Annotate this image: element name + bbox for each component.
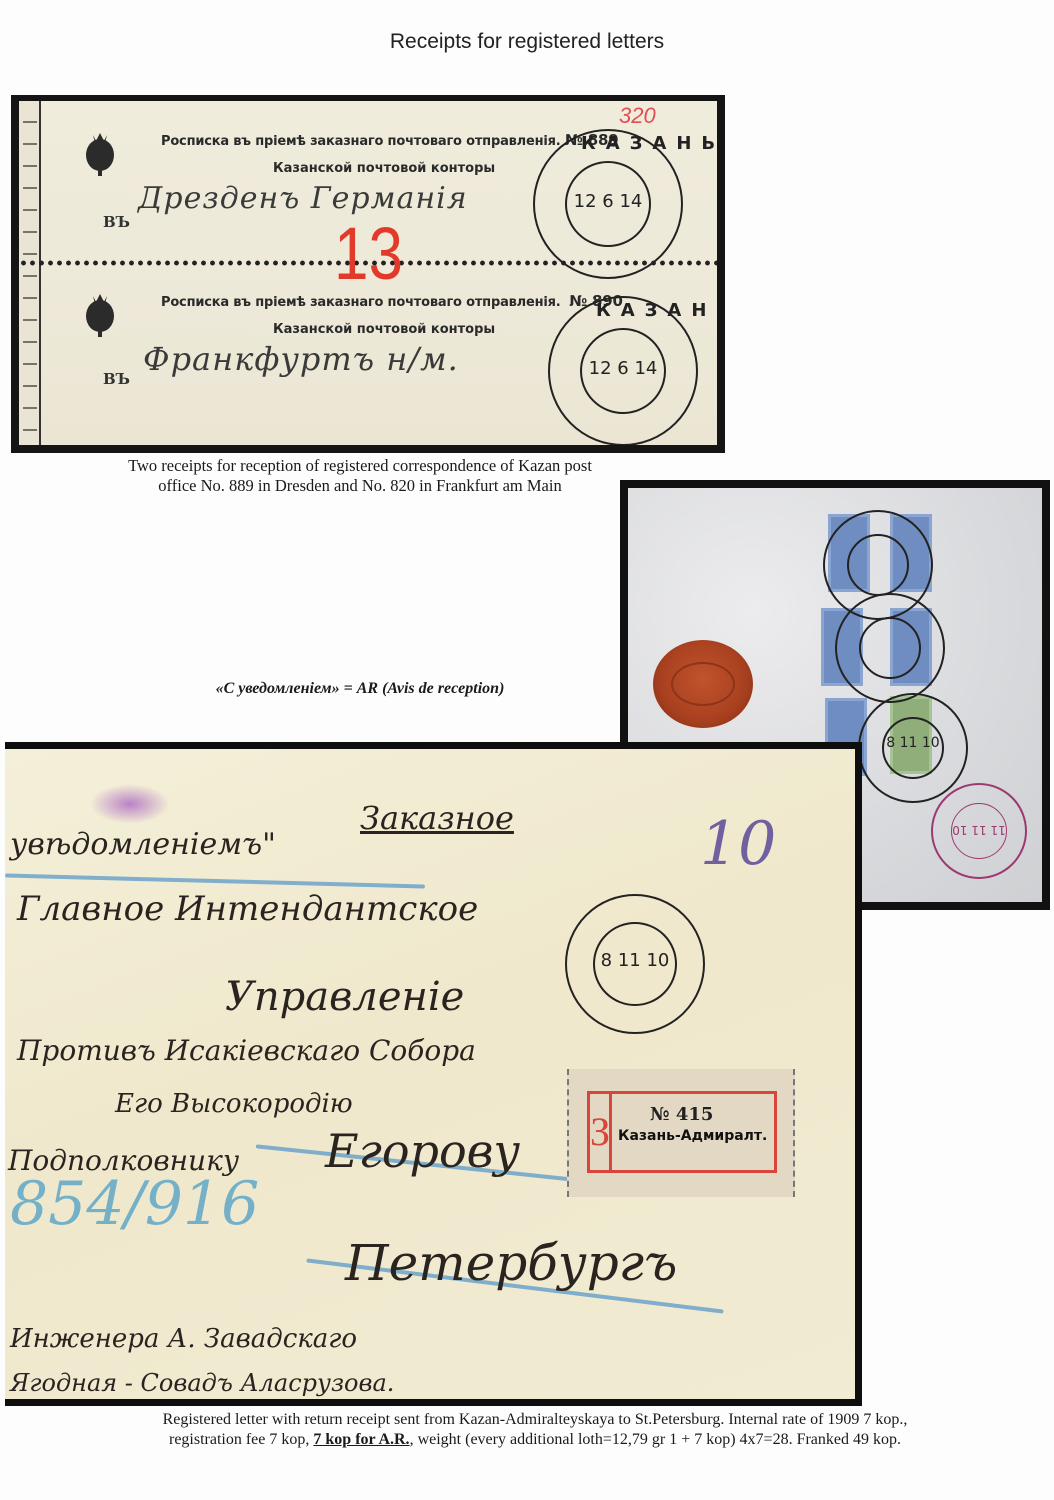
cover-caption-line2: registration fee 7 kop, 7 kop for A.R., … bbox=[40, 1430, 1030, 1450]
postmark-date: 8 11 10 bbox=[567, 950, 703, 971]
postmark-date: 12 6 14 bbox=[535, 191, 681, 212]
receipt-stub-edge bbox=[19, 101, 41, 445]
caption-text: registration fee 7 kop, bbox=[169, 1431, 313, 1448]
violet-smudge bbox=[90, 784, 170, 824]
cover-front-paper: увѣдомленіемъ" Заказное Главное Интендан… bbox=[5, 749, 855, 1399]
receipt-office: Казанской почтовой конторы bbox=[273, 322, 495, 337]
handwriting-uvedomleniem: увѣдомленіемъ" bbox=[10, 827, 276, 862]
registration-label-frame: З № 415 Казань-Адмиралт. bbox=[587, 1091, 777, 1173]
handwriting-glavnoe: Главное Интендантское bbox=[17, 889, 478, 929]
receipt-header-text: Росписка въ пріемѣ заказнаго почтоваго о… bbox=[161, 134, 561, 149]
receipt-header-text: Росписка въ пріемѣ заказнаго почтоваго о… bbox=[161, 295, 561, 310]
blue-crayon-stroke bbox=[5, 874, 425, 889]
receipt-destination: Дрезденъ Германія bbox=[138, 181, 468, 216]
arrival-postmark: 11 11 10 bbox=[931, 783, 1027, 879]
handwriting-peterburg: Петербургъ bbox=[345, 1234, 677, 1292]
postmark-town: КАЗАНЬ bbox=[581, 133, 717, 154]
handwriting-yagodnaya: Ягодная - Совадъ Аласрузова. bbox=[10, 1369, 394, 1397]
receipts-caption-line1: Two receipts for reception of registered… bbox=[60, 456, 660, 476]
ar-note: «С уведомленіем» = AR (Avis de reception… bbox=[160, 680, 560, 698]
stub-ticks bbox=[23, 111, 37, 441]
receipt-header: Росписка въ пріемѣ заказнаго почтоваго о… bbox=[161, 131, 618, 149]
admiralt-postmark: 8 11 10 bbox=[565, 894, 705, 1034]
double-headed-eagle-icon bbox=[83, 290, 117, 338]
cover-caption-line1: Registered letter with return receipt se… bbox=[40, 1410, 1030, 1430]
kazan-postmark: 12 6 14 КАЗАНЬ bbox=[548, 296, 698, 445]
postmark-town: КАЗАНЬ bbox=[596, 300, 717, 321]
postmark-date: 8 11 10 bbox=[860, 735, 966, 751]
registration-label: З № 415 Казань-Адмиралт. bbox=[567, 1069, 795, 1197]
receipt-office: Казанской почтовой конторы bbox=[273, 161, 495, 176]
red-annotation-320: 320 bbox=[619, 103, 656, 129]
handwriting-upravlenie: Управленіе bbox=[225, 974, 464, 1020]
registration-letter: З bbox=[590, 1094, 612, 1170]
arrival-postmark-date: 11 11 10 bbox=[933, 823, 1025, 837]
caption-underlined-text: 7 kop for A.R. bbox=[313, 1431, 409, 1448]
blue-annotation: 854/916 bbox=[10, 1169, 259, 1239]
receipts-caption: Two receipts for reception of registered… bbox=[60, 456, 660, 496]
receipts-image: Росписка въ пріемѣ заказнаго почтоваго о… bbox=[11, 95, 725, 453]
cover-caption: Registered letter with return receipt se… bbox=[40, 1410, 1030, 1450]
handwriting-zakaznoe: Заказное bbox=[360, 799, 514, 837]
receipts-paper: Росписка въ пріемѣ заказнаго почтоваго о… bbox=[19, 101, 717, 445]
kazan-postmark: 12 6 14 КАЗАНЬ bbox=[533, 129, 683, 279]
postmark-date: 12 6 14 bbox=[550, 358, 696, 379]
admiralt-postmark bbox=[835, 593, 945, 703]
violet-annotation: 10 bbox=[700, 809, 776, 879]
admiralt-postmark: 8 11 10 bbox=[858, 693, 968, 803]
registration-number: № 415 bbox=[650, 1104, 713, 1125]
receipts-caption-line2: office No. 889 in Dresden and No. 820 in… bbox=[60, 476, 660, 496]
caption-text: , weight (every additional loth=12,79 gr… bbox=[410, 1431, 901, 1448]
red-annotation-13: 13 bbox=[334, 212, 403, 297]
handwriting-protiv: Противъ Исакіевскаго Собора bbox=[17, 1034, 476, 1067]
handwriting-egorovu: Егорову bbox=[325, 1124, 520, 1178]
page-title: Receipts for registered letters bbox=[0, 30, 1054, 54]
handwriting-inzhenera: Инженера А. Завадскаго bbox=[10, 1324, 357, 1354]
registration-office: Казань-Адмиралт. bbox=[618, 1128, 767, 1144]
wax-seal bbox=[653, 640, 753, 728]
receipt-destination: Франкфуртъ н/м. bbox=[143, 340, 459, 378]
double-headed-eagle-icon bbox=[83, 129, 117, 177]
cover-front-image: увѣдомленіемъ" Заказное Главное Интендан… bbox=[5, 742, 862, 1406]
receipt-prefix: ВЪ bbox=[103, 213, 130, 231]
handwriting-ego: Его Высокородію bbox=[115, 1089, 353, 1119]
receipt-prefix: ВЪ bbox=[103, 370, 130, 388]
